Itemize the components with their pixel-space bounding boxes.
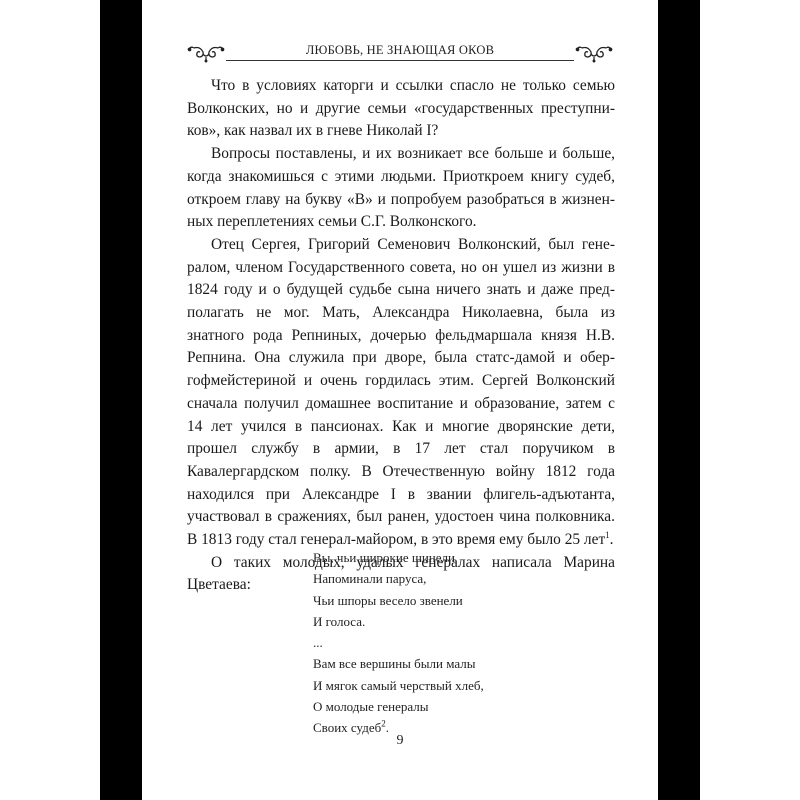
poem-line: Вам все вершины были малы	[313, 653, 484, 674]
scan-frame: ЛЮБОВЬ, НЕ ЗНАЮЩАЯ ОКОВ Что в условиях к…	[0, 0, 800, 800]
poem-line: Чьи шпоры весело звенели	[313, 590, 484, 611]
poem-ellipsis: ...	[313, 632, 484, 653]
paragraph-text: Вопросы поставлены, и их возникает все б…	[187, 145, 615, 230]
scroll-ornament-icon	[574, 43, 614, 63]
paragraph-text: Отец Сергея, Григорий Семенович Волконск…	[187, 236, 615, 548]
running-head-title: ЛЮБОВЬ, НЕ ЗНАЮЩАЯ ОКОВ	[186, 43, 614, 58]
poem-line: Вы, чьи широкие шинели	[313, 547, 484, 568]
paragraph-text: Что в условиях каторги и ссылки спасло н…	[187, 77, 615, 139]
paragraph: Отец Сергея, Григорий Семенович Волконск…	[187, 234, 615, 552]
paragraph-text-end: .	[610, 531, 614, 548]
left-black-margin	[100, 0, 142, 800]
poem-quote: Вы, чьи широкие шинели Напоминали паруса…	[313, 547, 484, 739]
running-head: ЛЮБОВЬ, НЕ ЗНАЮЩАЯ ОКОВ	[186, 41, 614, 65]
book-page: ЛЮБОВЬ, НЕ ЗНАЮЩАЯ ОКОВ Что в условиях к…	[142, 0, 658, 800]
poem-line: Напоминали паруса,	[313, 568, 484, 589]
page-number: 9	[142, 733, 658, 749]
poem-line: И мягок самый черствый хлеб,	[313, 675, 484, 696]
poem-line: И голоса.	[313, 611, 484, 632]
body-text: Что в условиях каторги и ссылки спасло н…	[187, 75, 615, 597]
paragraph: Вопросы поставлены, и их возникает все б…	[187, 143, 615, 234]
header-rule	[226, 60, 574, 61]
poem-line: О молодые генералы	[313, 696, 484, 717]
right-black-margin	[658, 0, 700, 800]
paragraph: Что в условиях каторги и ссылки спасло н…	[187, 75, 615, 143]
